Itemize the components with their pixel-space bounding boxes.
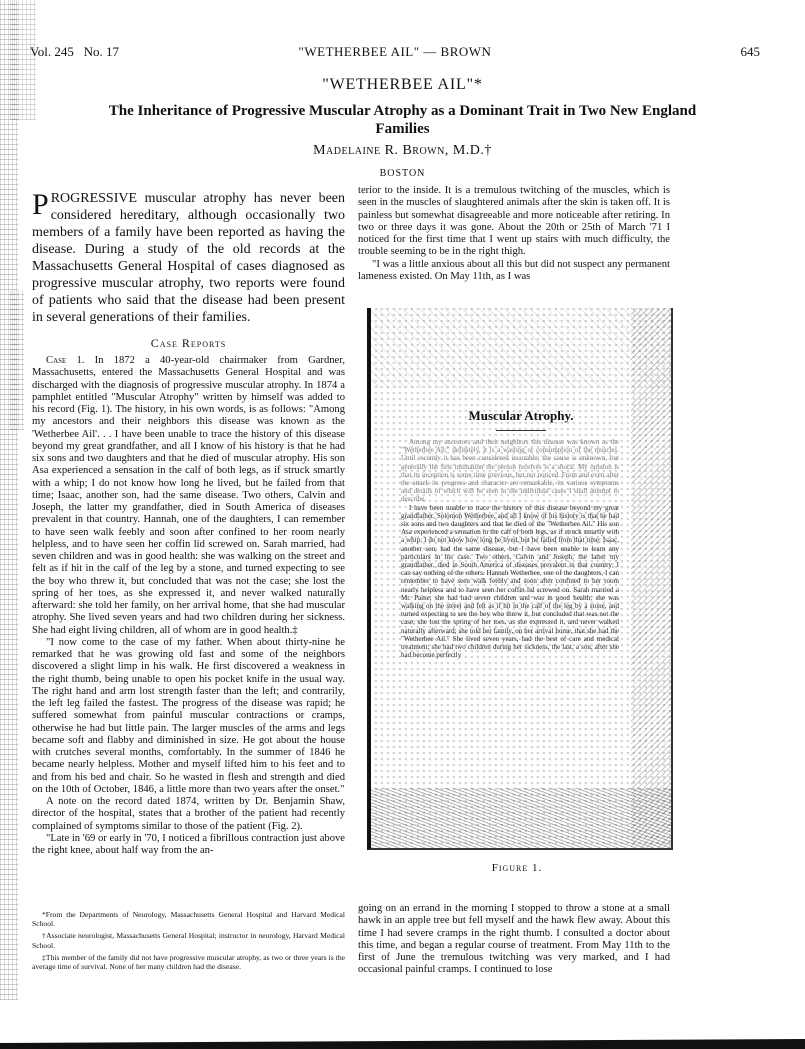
scan-noise bbox=[631, 308, 671, 848]
scan-noise bbox=[371, 308, 671, 388]
figure-paragraph: I have been unable to trace the history … bbox=[401, 504, 619, 660]
figure-rule bbox=[496, 430, 546, 431]
figure-pamphlet-title: Muscular Atrophy. bbox=[371, 408, 671, 424]
body-paragraph: A note on the record dated 1874, written… bbox=[32, 796, 345, 833]
left-column-body: Case 1. In 1872 a 40-year-old chairmaker… bbox=[32, 355, 345, 857]
figure-pamphlet-text: Among my ancestors and their neighbors t… bbox=[401, 438, 619, 659]
case-label: Case 1. bbox=[46, 355, 84, 366]
scan-edge-noise-mid bbox=[10, 290, 24, 430]
right-column-top: terior to the inside. It is a tremulous … bbox=[358, 185, 670, 283]
article-title: "WETHERBEE AIL"* bbox=[0, 76, 805, 94]
running-head: Vol. 245 No. 17 "WETHERBEE AIL" — BROWN … bbox=[30, 44, 760, 62]
running-title: "WETHERBEE AIL" — BROWN bbox=[30, 44, 760, 60]
body-paragraph: Case 1. In 1872 a 40-year-old chairmaker… bbox=[32, 355, 345, 637]
page-number: 645 bbox=[741, 44, 761, 60]
body-paragraph: going on an errand in the morning I stop… bbox=[358, 903, 670, 977]
body-paragraph: "Late in '69 or early in '70, I noticed … bbox=[32, 833, 345, 858]
intro-text: ROGRESSIVE muscular atrophy has never be… bbox=[32, 191, 345, 325]
scan-noise bbox=[371, 788, 671, 848]
figure-caption: Figure 1. bbox=[367, 862, 667, 874]
footnote: *From the Departments of Neurology, Mass… bbox=[32, 910, 345, 928]
article-subtitle: The Inheritance of Progressive Muscular … bbox=[80, 102, 725, 138]
footnote: ‡This member of the family did not have … bbox=[32, 953, 345, 971]
section-heading-case-reports: Case Reports bbox=[32, 336, 345, 351]
intro-paragraph: PROGRESSIVE muscular atrophy has never b… bbox=[32, 190, 345, 326]
footnotes: *From the Departments of Neurology, Mass… bbox=[32, 910, 345, 974]
figure-paragraph: Among my ancestors and their neighbors t… bbox=[401, 438, 619, 504]
scan-bottom-edge bbox=[0, 1039, 805, 1049]
figure-1-pamphlet-image: Muscular Atrophy. Among my ancestors and… bbox=[367, 308, 673, 850]
footnote: †Associate neurologist, Massachusetts Ge… bbox=[32, 931, 345, 949]
right-column-bottom: going on an errand in the morning I stop… bbox=[358, 903, 670, 977]
body-paragraph: terior to the inside. It is a tremulous … bbox=[358, 185, 670, 259]
body-paragraph: "I was a little anxious about all this b… bbox=[358, 259, 670, 284]
author-byline: Madelaine R. Brown, M.D.† bbox=[0, 143, 805, 159]
drop-cap: P bbox=[32, 192, 49, 218]
author-city: BOSTON bbox=[0, 168, 805, 179]
body-paragraph: "I now come to the case of my father. Wh… bbox=[32, 637, 345, 796]
